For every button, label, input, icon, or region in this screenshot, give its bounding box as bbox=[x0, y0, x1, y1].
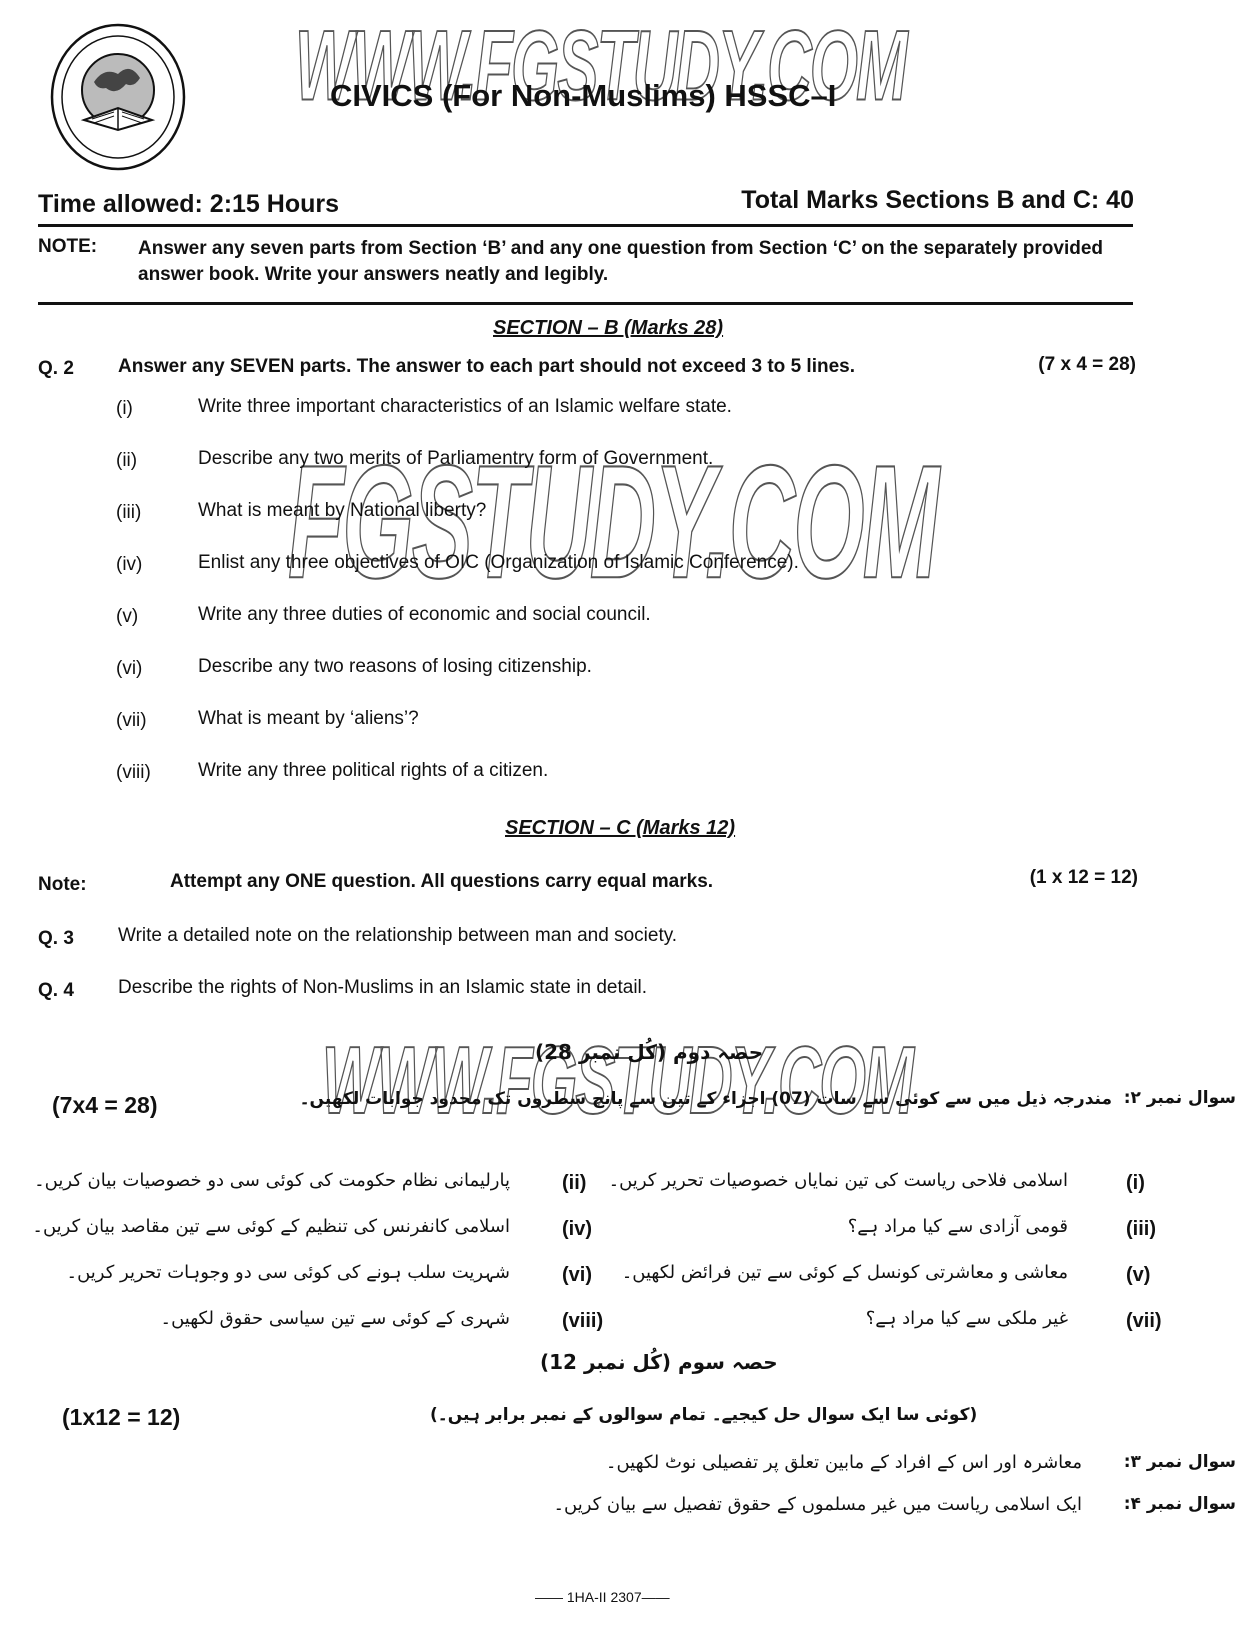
part-number: (viii) bbox=[116, 762, 151, 784]
part-text: Write any three political rights of a ci… bbox=[198, 760, 548, 782]
part-text: Describe any two merits of Parliamentry … bbox=[198, 448, 713, 470]
part-text: Enlist any three objectives of OIC (Orga… bbox=[198, 552, 799, 574]
note-text: Answer any seven parts from Section ‘B’ … bbox=[138, 236, 1138, 288]
urdu-section-b-marks: (7x4 = 28) bbox=[52, 1092, 158, 1119]
part-number: (v) bbox=[116, 606, 138, 628]
urdu-question-label: سوال نمبر ۳: bbox=[1124, 1452, 1236, 1472]
part-number: (iv) bbox=[116, 554, 142, 576]
urdu-part-number: (iv) bbox=[562, 1218, 592, 1241]
urdu-instruction: مندرجہ ذیل میں سے کوئی سے سات (07) اجزاء… bbox=[300, 1088, 1112, 1109]
section-c-marks: (1 x 12 = 12) bbox=[1030, 867, 1138, 889]
part-number: (ii) bbox=[116, 450, 137, 472]
total-marks: Total Marks Sections B and C: 40 bbox=[741, 186, 1134, 215]
urdu-section-c-marks: (1x12 = 12) bbox=[62, 1404, 180, 1431]
urdu-part-number: (vii) bbox=[1126, 1310, 1162, 1333]
note-label: Note: bbox=[38, 874, 87, 896]
urdu-part-number: (iii) bbox=[1126, 1218, 1156, 1241]
part-number: (vii) bbox=[116, 710, 147, 732]
part-text: Write three important characteristics of… bbox=[198, 396, 732, 418]
part-number: (vi) bbox=[116, 658, 142, 680]
question-marks: (7 x 4 = 28) bbox=[1038, 354, 1136, 376]
paper-code: —— 1HA-II 2307—— bbox=[535, 1589, 670, 1605]
urdu-question-label: سوال نمبر ۴: bbox=[1124, 1494, 1236, 1514]
seal-icon bbox=[48, 22, 188, 172]
urdu-part-number: (viii) bbox=[562, 1310, 603, 1333]
question-number: Q. 4 bbox=[38, 980, 74, 1002]
section-c-note: Attempt any ONE question. All questions … bbox=[170, 871, 713, 893]
urdu-part-text: پارلیمانی نظام حکومت کی کوئی سی دو خصوصی… bbox=[34, 1170, 510, 1191]
urdu-section-c-heading: حصہ سوم (کُل نمبر 12) bbox=[540, 1350, 778, 1374]
urdu-section-c-instruction: (کوئی سا ایک سوال حل کیجیے۔ تمام سوالوں … bbox=[430, 1404, 977, 1425]
question-text: Write a detailed note on the relationshi… bbox=[118, 925, 677, 947]
urdu-question-text: معاشرہ اور اس کے افراد کے مابین تعلق پر … bbox=[606, 1452, 1082, 1473]
question-instruction: Answer any SEVEN parts. The answer to ea… bbox=[118, 356, 855, 378]
divider bbox=[38, 302, 1133, 305]
urdu-part-text: اسلامی فلاحی ریاست کی تین نمایاں خصوصیات… bbox=[609, 1170, 1068, 1191]
urdu-part-text: قومی آزادی سے کیا مراد ہے؟ bbox=[848, 1216, 1068, 1237]
board-logo bbox=[48, 22, 188, 172]
urdu-section-b-heading: حصہ دوم (کُل نمبر 28) bbox=[535, 1040, 763, 1064]
question-text: Describe the rights of Non-Muslims in an… bbox=[118, 977, 647, 999]
part-number: (iii) bbox=[116, 502, 141, 524]
section-b-heading: SECTION – B (Marks 28) bbox=[493, 317, 723, 340]
paper-title: CIVICS (For Non-Muslims) HSSC–I bbox=[330, 78, 836, 114]
part-text: Write any three duties of economic and s… bbox=[198, 604, 651, 626]
urdu-part-number: (ii) bbox=[562, 1172, 586, 1195]
part-number: (i) bbox=[116, 398, 133, 420]
urdu-part-text: اسلامی کانفرنس کی تنظیم کے کوئی سے تین م… bbox=[32, 1216, 510, 1237]
urdu-part-number: (v) bbox=[1126, 1264, 1150, 1287]
urdu-part-text: معاشی و معاشرتی کونسل کے کوئی سے تین فرا… bbox=[622, 1262, 1068, 1283]
urdu-question-label: سوال نمبر ۲: bbox=[1124, 1088, 1236, 1108]
urdu-part-text: غیر ملکی سے کیا مراد ہے؟ bbox=[866, 1308, 1068, 1329]
urdu-part-number: (vi) bbox=[562, 1264, 592, 1287]
urdu-part-number: (i) bbox=[1126, 1172, 1145, 1195]
urdu-part-text: شہریت سلب ہونے کی کوئی سی دو وجوہات تحری… bbox=[67, 1262, 510, 1283]
time-allowed: Time allowed: 2:15 Hours bbox=[38, 190, 339, 219]
part-text: What is meant by National liberty? bbox=[198, 500, 486, 522]
section-c-heading: SECTION – C (Marks 12) bbox=[505, 817, 735, 840]
question-number: Q. 3 bbox=[38, 928, 74, 950]
divider bbox=[38, 224, 1133, 227]
urdu-question-text: ایک اسلامی ریاست میں غیر مسلموں کے حقوق … bbox=[553, 1494, 1082, 1515]
question-number: Q. 2 bbox=[38, 358, 74, 380]
note-label: NOTE: bbox=[38, 236, 97, 258]
part-text: What is meant by ‘aliens’? bbox=[198, 708, 419, 730]
urdu-part-text: شہری کے کوئی سے تین سیاسی حقوق لکھیں۔ bbox=[161, 1308, 510, 1329]
part-text: Describe any two reasons of losing citiz… bbox=[198, 656, 592, 678]
